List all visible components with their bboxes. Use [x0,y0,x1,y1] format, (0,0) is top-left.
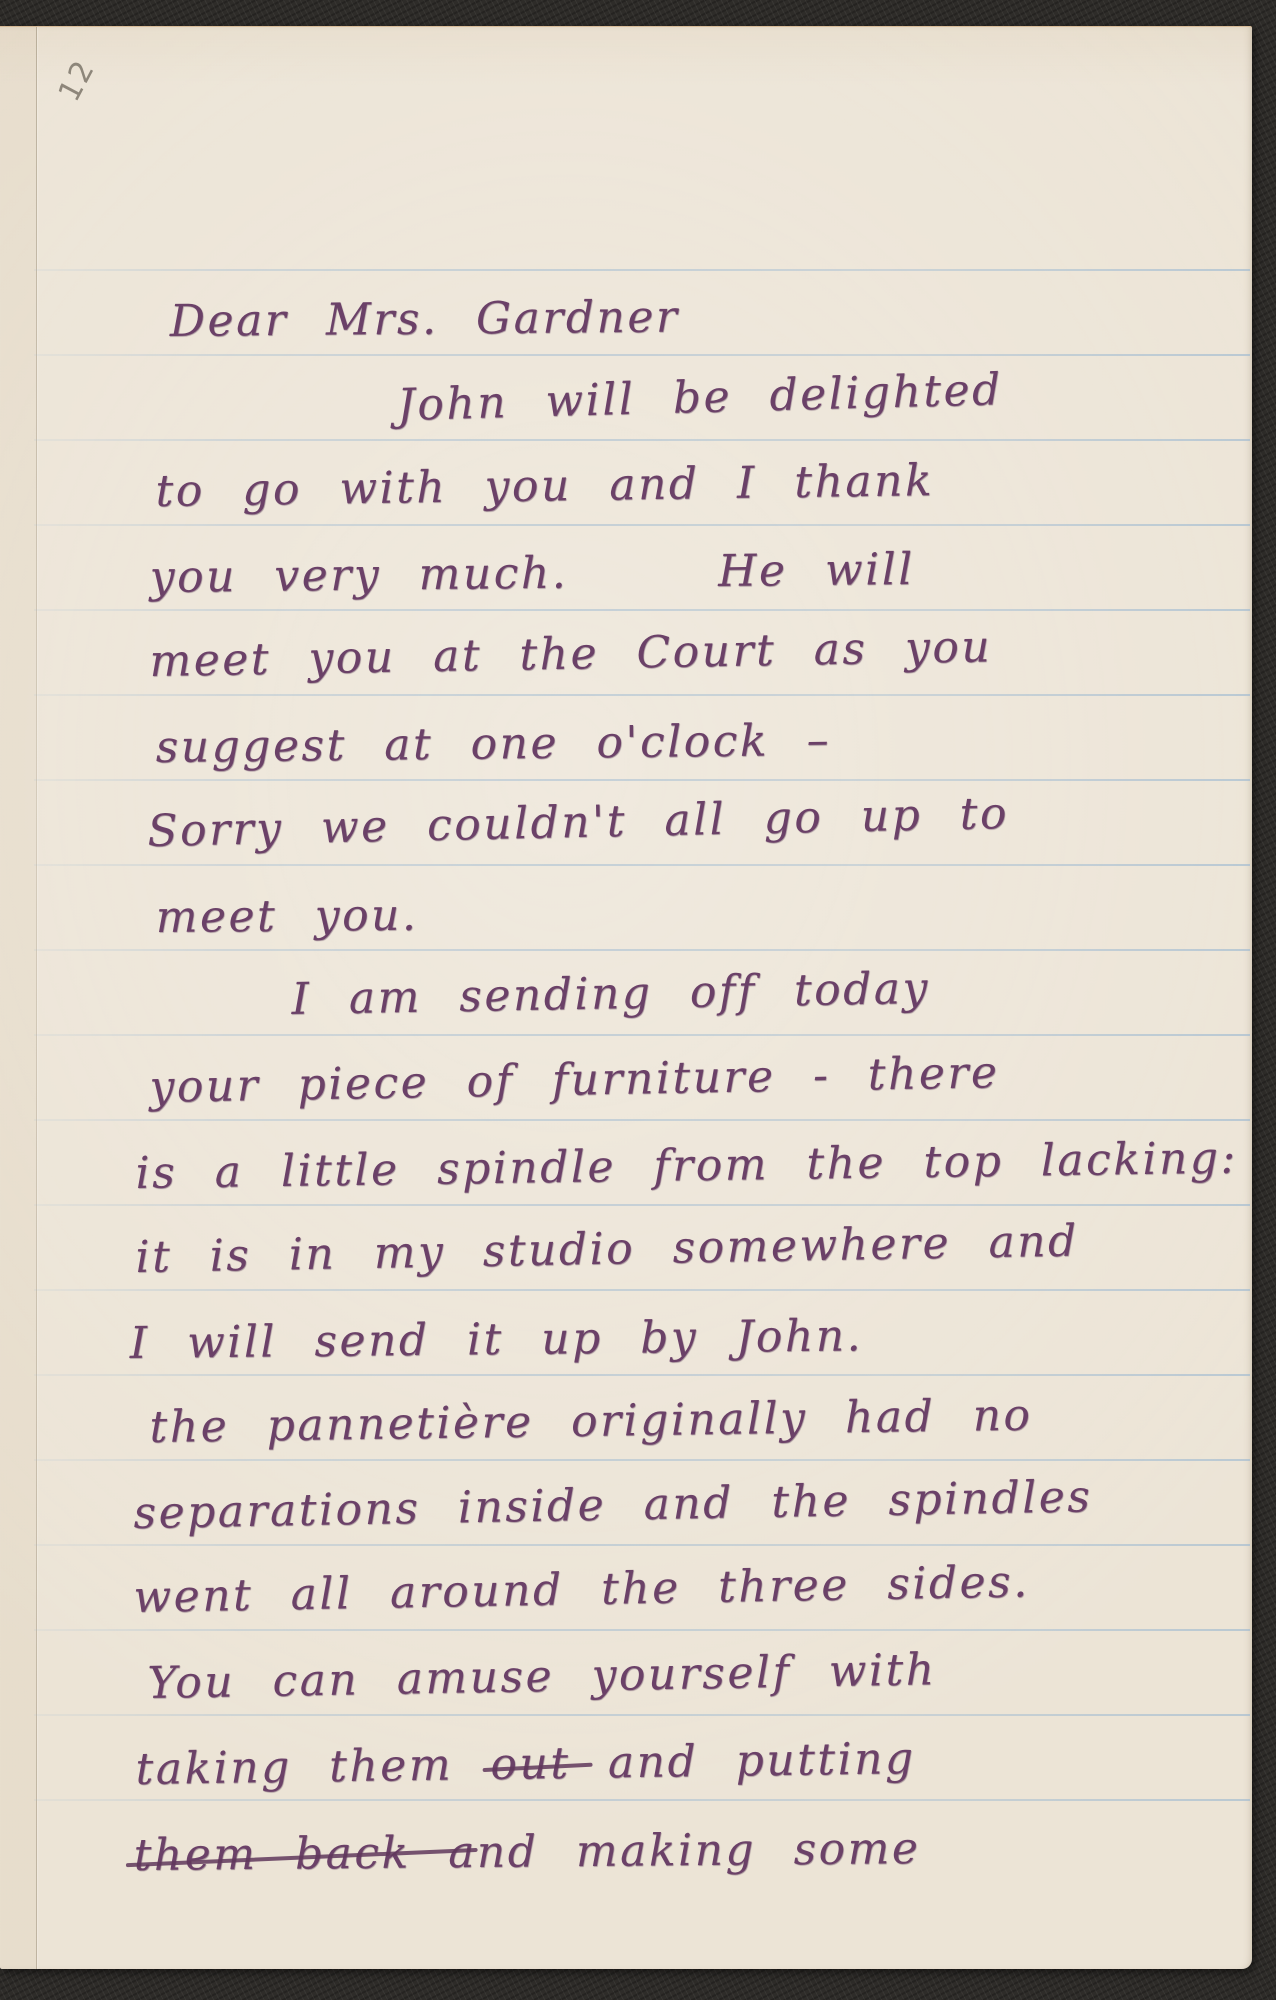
handwritten-line: went all around the three sides. [133,1553,1030,1626]
ruled-line [34,1204,1250,1206]
ruled-line [34,1629,1250,1631]
handwritten-line: Sorry we couldn't all go up to [147,785,1010,860]
ruled-line [34,864,1250,866]
salutation-line: Dear Mrs. Gardner [170,289,680,351]
ruled-line [34,1289,1250,1291]
handwritten-line: suggest at one o'clock – [155,712,831,776]
word-group: taking them [135,1739,491,1795]
ruled-line [34,779,1250,781]
ruled-line [34,439,1250,441]
ruled-line [34,1714,1250,1716]
ruled-line [34,694,1250,696]
handwritten-line: them back and making some [134,1820,921,1884]
handwritten-line: taking them out and putting [135,1730,916,1798]
ruled-line [34,1374,1250,1376]
ruled-line [34,609,1250,611]
handwritten-line: meet you at the Court as you [149,618,993,690]
ruled-line [34,1459,1250,1461]
struck-word: them [134,1829,258,1881]
pencil-page-number: 12 [52,54,103,108]
ruled-line [34,354,1250,356]
handwritten-line: I will send it up by John. [129,1307,863,1372]
ruled-line [34,1544,1250,1546]
ruled-line [34,1034,1250,1036]
handwritten-line: it is in my studio somewhere and [135,1213,1079,1287]
ruled-line [34,269,1250,271]
handwritten-line: meet you. [156,887,419,946]
struck-word: out [490,1738,571,1790]
handwritten-line: the pannetière originally had no [149,1387,1033,1457]
handwritten-line: your piece of furniture - there [149,1044,1000,1116]
handwritten-line: to go with you and I thank [155,452,934,520]
ruled-line [34,1119,1250,1121]
handwritten-line: John will be delighted [397,361,1004,434]
word-group: back and making some [257,1823,920,1880]
ruled-line [34,524,1250,526]
handwritten-line: You can amuse yourself with [147,1641,937,1712]
handwritten-line: you very much. He will [149,541,915,606]
paper-fold-crease [36,27,37,1969]
handwritten-line: I am sending off today [291,960,930,1028]
handwritten-line: is a little spindle from the top lacking… [135,1130,1238,1203]
ruled-line [34,949,1250,951]
ruled-line [34,1799,1250,1801]
handwritten-line: separations inside and the spindles [133,1468,1093,1542]
word-group: and putting [570,1733,916,1789]
letter-page: 12 Dear Mrs. GardnerJohn will be delight… [0,26,1252,1969]
